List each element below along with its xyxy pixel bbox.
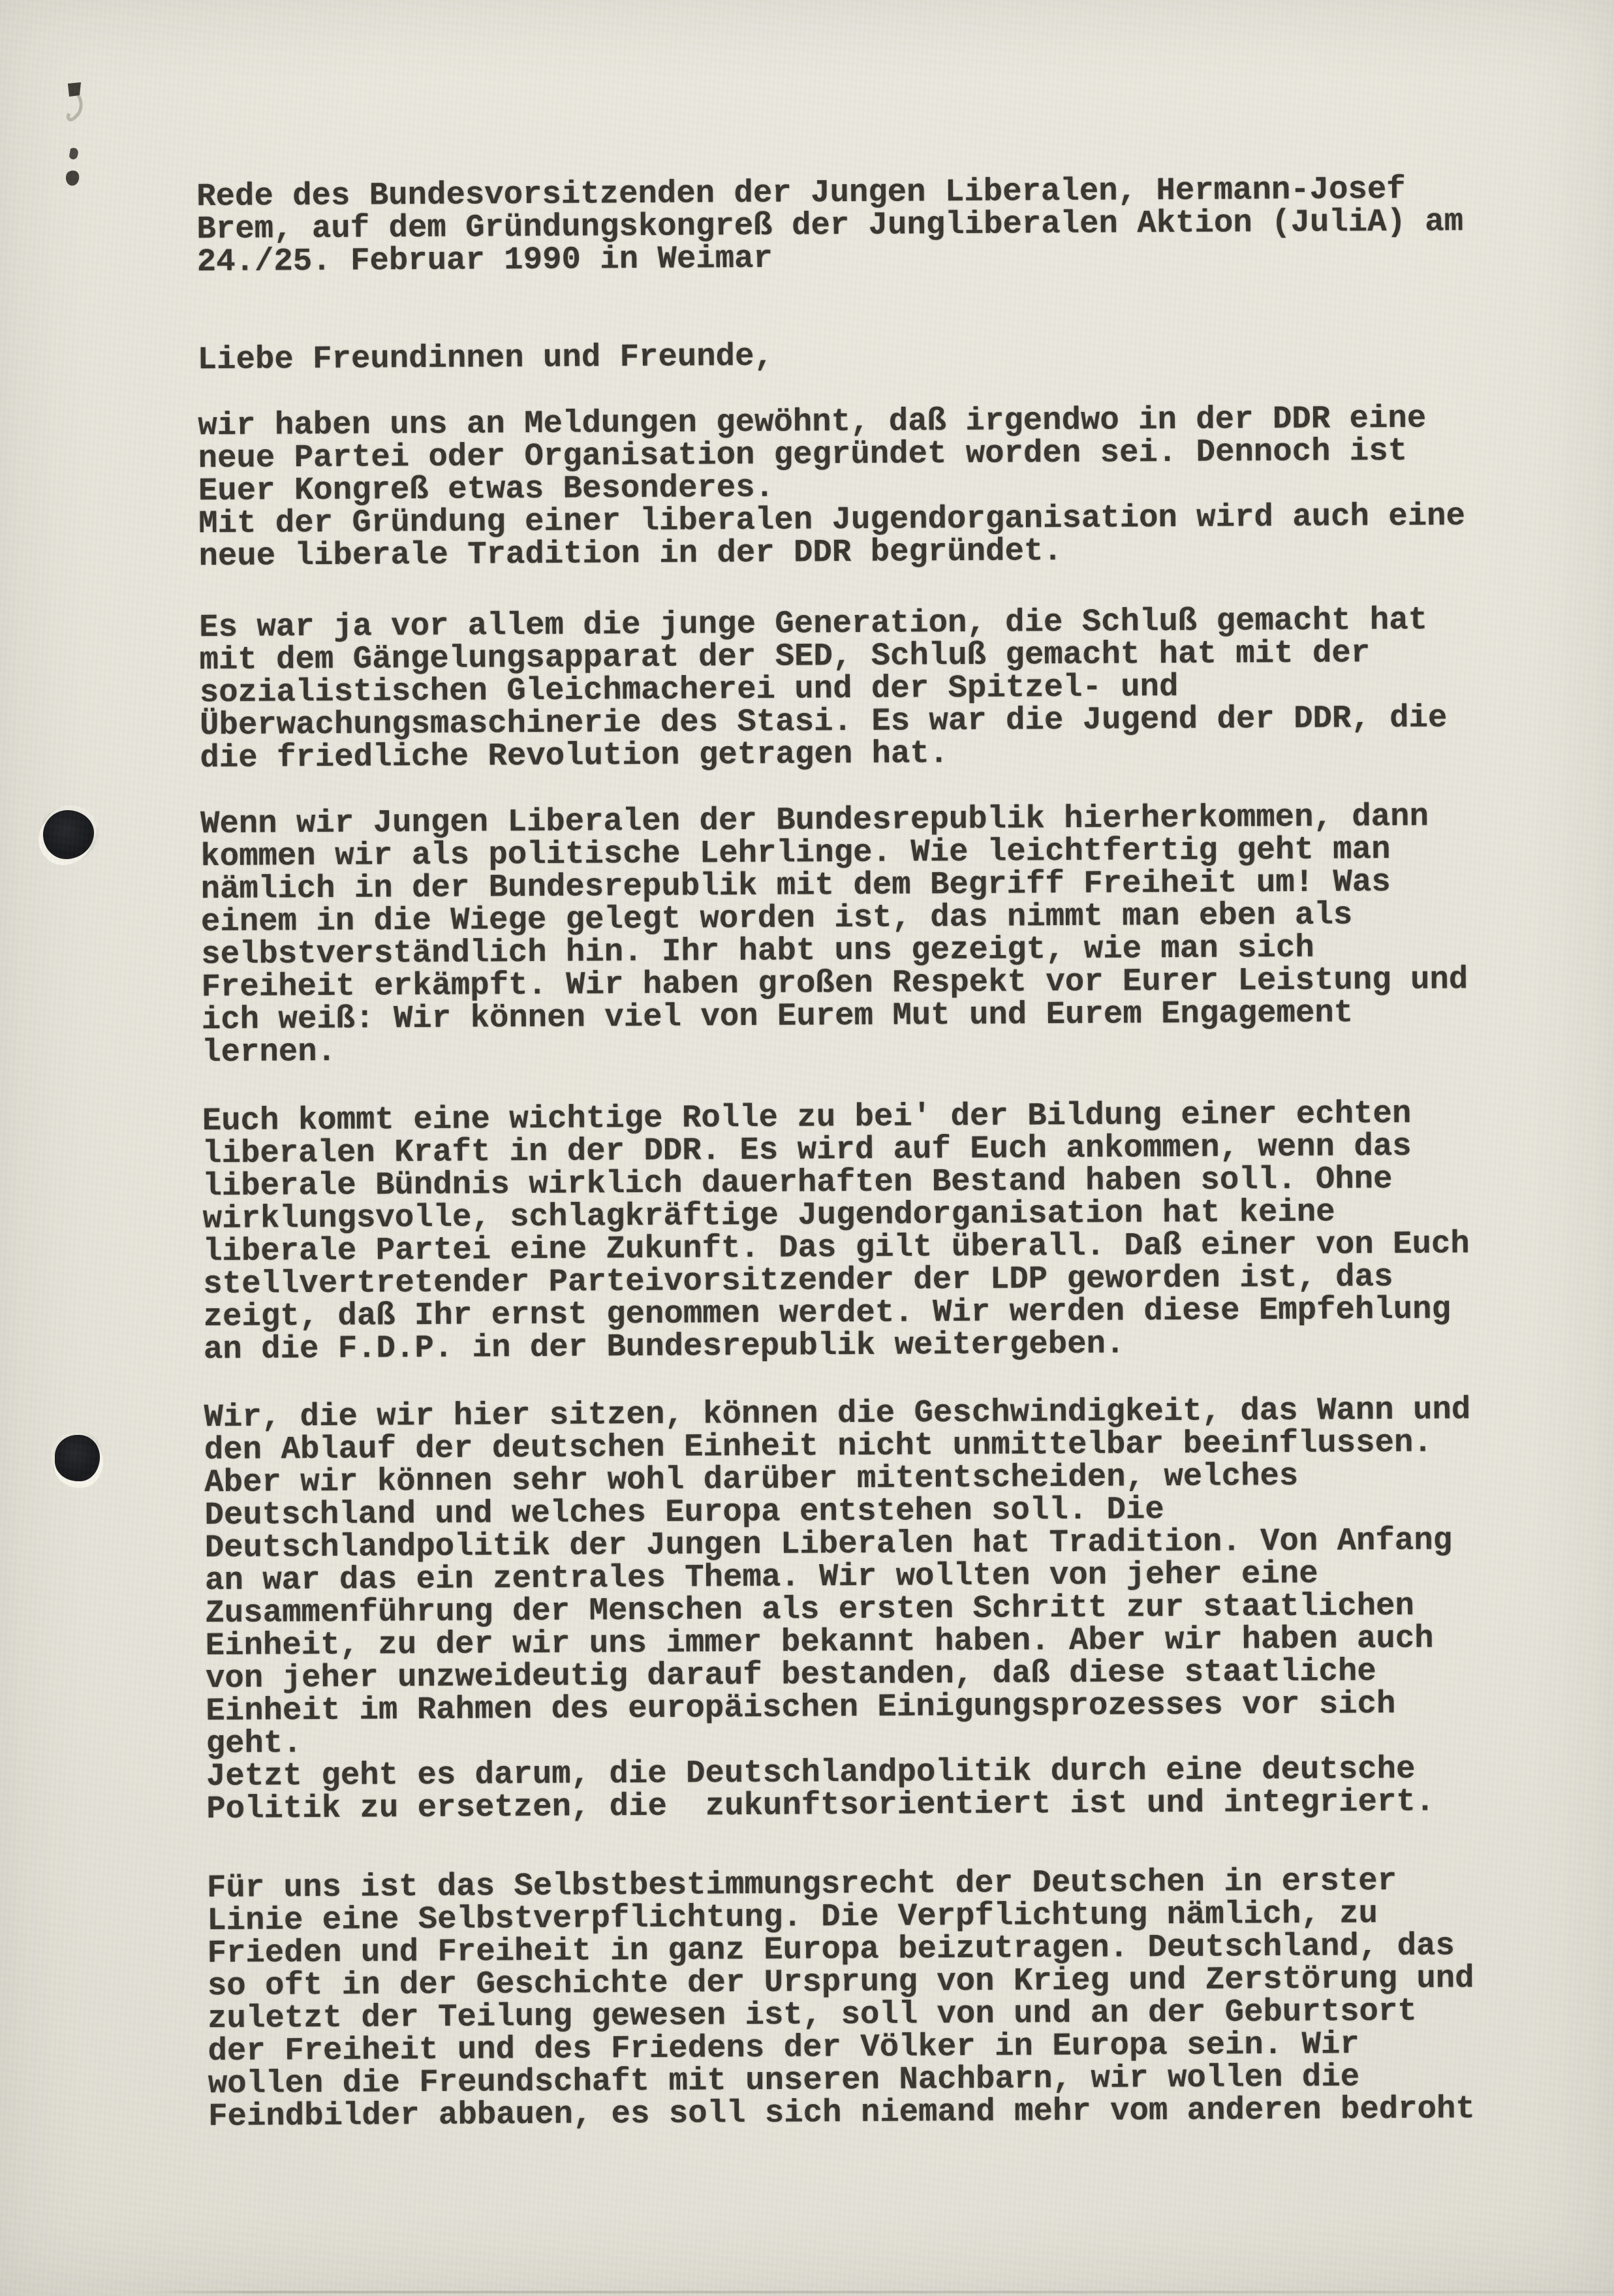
scan-bottom-edge [137,2291,1614,2293]
paragraph-3: Wenn wir Jungen Liberalen der Bundesrepu… [200,799,1546,1069]
salutation: Liebe Freundinnen und Freunde, [198,336,1542,377]
scanned-document-page: Rede des Bundesvorsitzenden der Jungen L… [0,0,1614,2296]
typewritten-text-layer: Rede des Bundesvorsitzenden der Jungen L… [0,0,1614,2296]
paragraph-4: Euch kommt eine wichtige Rolle zu bei' d… [202,1096,1548,1366]
paragraph-2: Es war ja vor allem die junge Generation… [199,603,1544,774]
paragraph-6: Für uns ist das Selbstbestimmungsrecht d… [207,1863,1553,2133]
document-title: Rede des Bundesvorsitzenden der Jungen L… [196,172,1542,279]
paragraph-5: Wir, die wir hier sitzen, können die Ges… [204,1392,1551,1825]
paragraph-1: wir haben uns an Meldungen gewöhnt, daß … [198,401,1543,573]
